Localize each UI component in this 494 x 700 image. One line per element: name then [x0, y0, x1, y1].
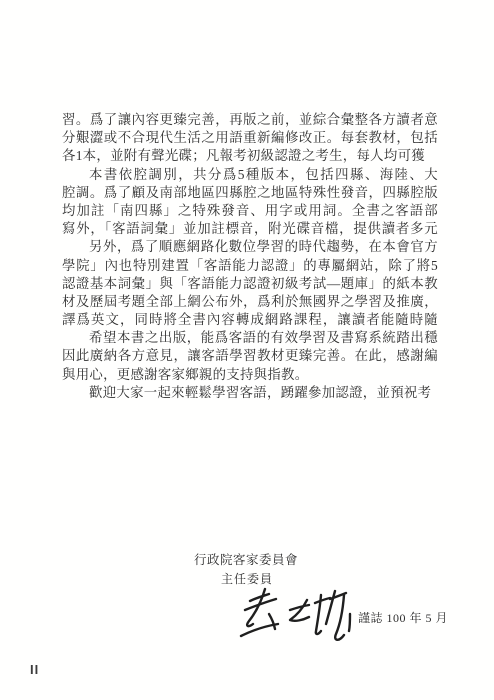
text-line: 寫外，「客語詞彙」並加註標音，附光碟音檔，提供讀者多元化的客語學習工具。: [62, 220, 438, 238]
text-line: 因此廣納各方意見，讓客語學習教材更臻完善。在此，感謝編修委員們的辛勞: [62, 347, 438, 365]
text-line: 另外，爲了順應網路化數位學習的時代趨勢，在本會官方網站的「哈客網路: [62, 238, 438, 256]
text-line: 認證基本詞彙」與「客語能力認證初級考試—題庫」的紙本教材、光碟有聲教: [62, 275, 438, 293]
signature-title: 主任委員: [221, 570, 273, 587]
text-line: 譯爲英文，同時將全書內容轉成網路課程，讓讀者能隨時隨地、輕鬆樂活學客語。: [62, 311, 438, 329]
text-line: 習。爲了讓內容更臻完善，再版之前，並綜合彙整各方讀者意見，將前版之部: [62, 111, 438, 129]
text-line: 材及歷屆考題全部上網公布外，爲利於無國界之學習及推廣，並將客語詞彙翻: [62, 293, 438, 311]
text-line: 本書依腔調別，共分爲5種版本，包括四縣、海陸、大埔、饒平及詔安5種: [62, 166, 438, 184]
text-line: 與用心，更感謝客家鄉親的支持與指教。: [62, 366, 438, 384]
text-line: 學院」內也特別建置「客語能力認證」的專屬網站，除了將5腔調之「客語能力: [62, 257, 438, 275]
text-line: 均加註「南四縣」之特殊發音、用字或用詞。全書之客語部分，除了以漢字書: [62, 202, 438, 220]
page-number: II: [30, 662, 39, 677]
text-line: 希望本書之出版，能爲客語的有效學習及書寫系統踏出穩健的一步，更盼能: [62, 329, 438, 347]
text-line: 分艱澀或不合現代生活之用語重新編修改正。每套教材，包括基本詞彙與題庫: [62, 129, 438, 147]
handwritten-signature: [238, 586, 353, 648]
signature-organization: 行政院客家委員會: [194, 550, 298, 568]
text-line: 腔調。爲了顧及南部地區四縣腔之地區特殊性發音，四縣腔版本之詞彙及例句: [62, 184, 438, 202]
preface-text-block: 習。爲了讓內容更臻完善，再版之前，並綜合彙整各方讀者意見，將前版之部分艱澀或不合…: [62, 111, 438, 402]
signature-date-note: 謹誌 100 年 5 月: [358, 609, 448, 626]
document-page: 習。爲了讓內容更臻完善，再版之前，並綜合彙整各方讀者意見，將前版之部分艱澀或不合…: [0, 0, 494, 700]
text-line: 各1本，並附有聲光碟；凡報考初級認證之考生，每人均可獲贈一套。: [62, 147, 438, 165]
text-line: 歡迎大家一起來輕鬆學習客語，踴躍參加認證，並預祝考試順利！: [62, 384, 438, 402]
